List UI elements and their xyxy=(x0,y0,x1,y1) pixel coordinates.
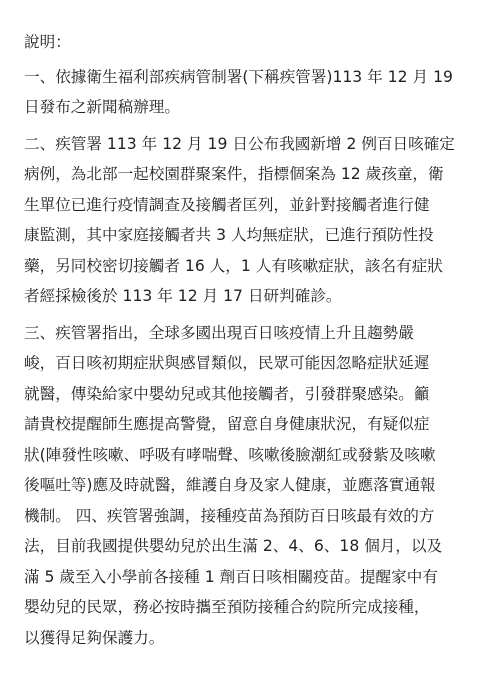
paragraph-line: 者經採檢後於 113 年 12 月 17 日研判確診。 xyxy=(24,281,494,312)
paragraph-line: 日發布之新聞稿辦理。 xyxy=(24,92,494,123)
paragraph-line: 三、疾管署指出，全球多國出現百日咳疫情上升且趨勢嚴 xyxy=(24,318,494,349)
paragraph-line: 一、依據衛生福利部疾病管制署(下稱疾管署)113 年 12 月 19 xyxy=(24,62,494,93)
paragraph-line: 康監測，其中家庭接觸者共 3 人均無症狀，已進行預防性投 xyxy=(24,220,494,251)
paragraph-two: 二、疾管署 113 年 12 月 19 日公布我國新增 2 例百日咳確定 病例，… xyxy=(24,129,494,312)
paragraph-one: 一、依據衛生福利部疾病管制署(下稱疾管署)113 年 12 月 19 日發布之新… xyxy=(24,62,494,123)
paragraph-line: 機制。 四、疾管署強調，接種疫苗為預防百日咳最有效的方 xyxy=(24,501,494,532)
paragraph-line: 後嘔吐等)應及時就醫，維護自身及家人健康，並應落實通報 xyxy=(24,470,494,501)
paragraph-line: 就醫，傳染給家中嬰幼兒或其他接觸者，引發群聚感染。籲 xyxy=(24,379,494,410)
paragraph-line: 藥，另同校密切接觸者 16 人，1 人有咳嗽症狀，該名有症狀 xyxy=(24,251,494,282)
document-heading: 說明： xyxy=(24,27,494,58)
paragraph-line: 病例，為北部一起校園群聚案件，指標個案為 12 歲孩童，衛 xyxy=(24,159,494,190)
paragraph-line: 生單位已進行疫情調查及接觸者匡列，並針對接觸者進行健 xyxy=(24,190,494,221)
paragraph-line: 狀(陣發性咳嗽、呼吸有哮喘聲、咳嗽後臉潮紅或發紫及咳嗽 xyxy=(24,440,494,471)
paragraph-line: 滿 5 歲至入小學前各接種 1 劑百日咳相關疫苗。提醒家中有 xyxy=(24,562,494,593)
paragraph-line: 嬰幼兒的民眾，務必按時攜至預防接種合約院所完成接種， xyxy=(24,592,494,623)
paragraph-line: 請貴校提醒師生應提高警覺，留意自身健康狀況，有疑似症 xyxy=(24,409,494,440)
paragraph-line: 法，目前我國提供嬰幼兒於出生滿 2、4、6、18 個月，以及 xyxy=(24,531,494,562)
document-body: 說明： 一、依據衛生福利部疾病管制署(下稱疾管署)113 年 12 月 19 日… xyxy=(24,27,494,653)
paragraph-line: 峻，百日咳初期症狀與感冒類似，民眾可能因忽略症狀延遲 xyxy=(24,348,494,379)
paragraph-line: 二、疾管署 113 年 12 月 19 日公布我國新增 2 例百日咳確定 xyxy=(24,129,494,160)
paragraph-three-four: 三、疾管署指出，全球多國出現百日咳疫情上升且趨勢嚴 峻，百日咳初期症狀與感冒類似… xyxy=(24,318,494,654)
paragraph-line: 以獲得足夠保護力。 xyxy=(24,623,494,654)
